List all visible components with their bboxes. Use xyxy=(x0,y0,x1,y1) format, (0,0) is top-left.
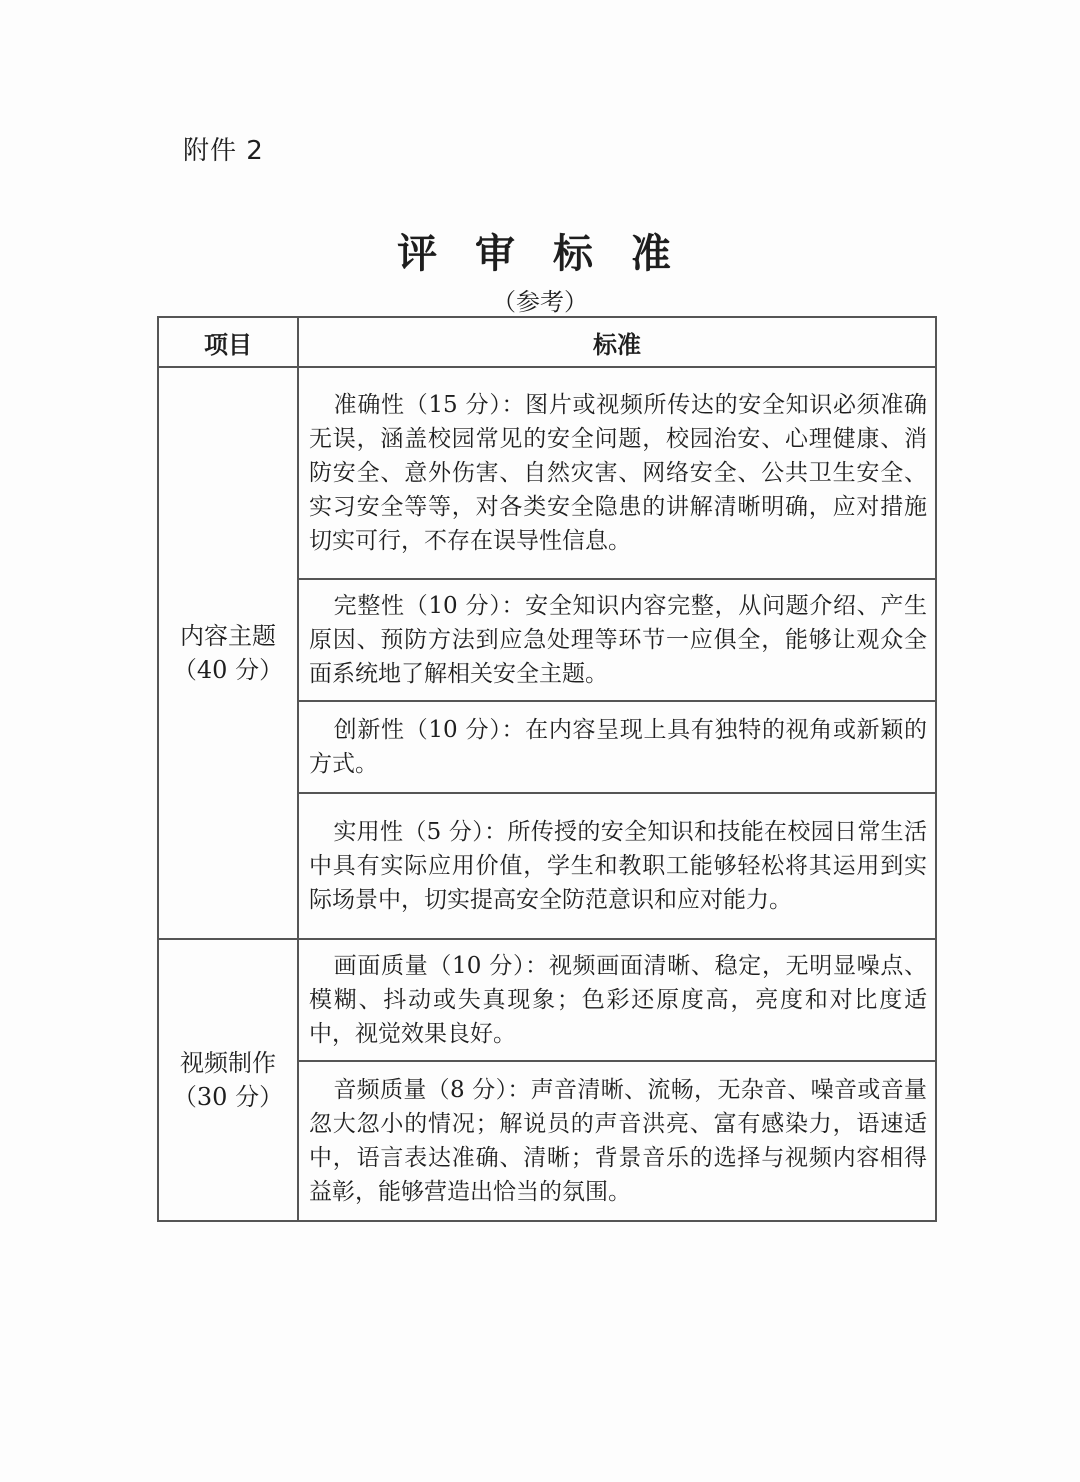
criterion-cell: 完整性（10 分）：安全知识内容完整，从问题介绍、产生原因、预防方法到应急处理等… xyxy=(298,579,936,701)
category-name: 视频制作 xyxy=(160,1046,296,1080)
criterion-cell: 实用性（5 分）：所传授的安全知识和技能在校园日常生活中具有实际应用价值，学生和… xyxy=(298,793,936,939)
criterion-text: 画面质量（10 分）：视频画面清晰、稳定，无明显噪点、模糊、抖动或失真现象；色彩… xyxy=(309,953,927,1047)
criterion-cell: 画面质量（10 分）：视频画面清晰、稳定，无明显噪点、模糊、抖动或失真现象；色彩… xyxy=(298,939,936,1061)
criterion-text: 完整性（10 分）：安全知识内容完整，从问题介绍、产生原因、预防方法到应急处理等… xyxy=(309,593,927,687)
column-header-standard: 标准 xyxy=(298,317,936,367)
table-row: 内容主题 （40 分） 准确性（15 分）：图片或视频所传达的安全知识必须准确无… xyxy=(158,367,936,579)
column-header-item: 项目 xyxy=(158,317,298,367)
criterion-text: 实用性（5 分）：所传授的安全知识和技能在校园日常生活中具有实际应用价值，学生和… xyxy=(309,819,927,913)
table-row: 视频制作 （30 分） 画面质量（10 分）：视频画面清晰、稳定，无明显噪点、模… xyxy=(158,939,936,1061)
category-score: （30 分） xyxy=(160,1080,296,1114)
criterion-text: 创新性（10 分）：在内容呈现上具有独特的视角或新颖的方式。 xyxy=(309,717,927,777)
page-subtitle: （参考） xyxy=(0,282,1080,317)
criterion-text: 准确性（15 分）：图片或视频所传达的安全知识必须准确无误，涵盖校园常见的安全问… xyxy=(309,392,927,554)
category-score: （40 分） xyxy=(160,653,296,687)
criterion-cell: 创新性（10 分）：在内容呈现上具有独特的视角或新颖的方式。 xyxy=(298,701,936,793)
category-name: 内容主题 xyxy=(160,619,296,653)
table-header-row: 项目 标准 xyxy=(158,317,936,367)
category-cell: 视频制作 （30 分） xyxy=(158,939,298,1221)
criterion-cell: 准确性（15 分）：图片或视频所传达的安全知识必须准确无误，涵盖校园常见的安全问… xyxy=(298,367,936,579)
category-cell: 内容主题 （40 分） xyxy=(158,367,298,939)
criterion-text: 音频质量（8 分）：声音清晰、流畅，无杂音、噪音或音量忽大忽小的情况；解说员的声… xyxy=(309,1077,927,1205)
page-title: 评 审 标 准 xyxy=(0,222,1080,279)
criteria-table: 项目 标准 内容主题 （40 分） 准确性（15 分）：图片或视频所传达的安全知… xyxy=(157,316,937,1222)
criterion-cell: 音频质量（8 分）：声音清晰、流畅，无杂音、噪音或音量忽大忽小的情况；解说员的声… xyxy=(298,1061,936,1221)
attachment-label: 附件 2 xyxy=(183,130,264,167)
